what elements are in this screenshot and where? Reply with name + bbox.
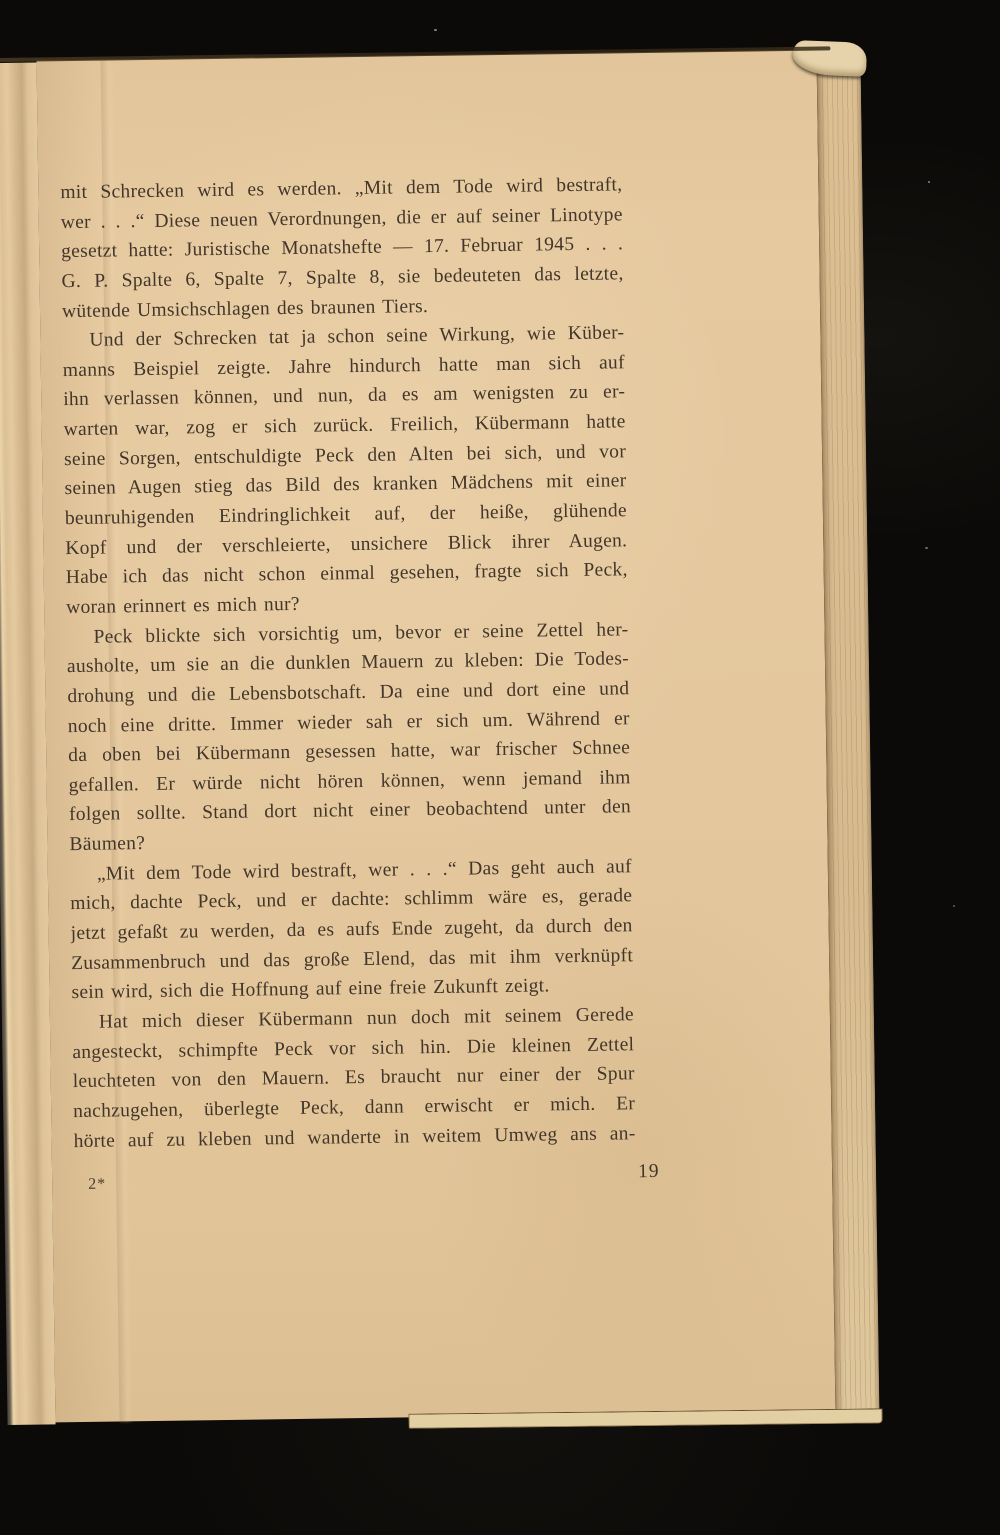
dust-speck: [953, 905, 955, 907]
dust-speck: [872, 1310, 874, 1312]
page-number: 19: [638, 1161, 660, 1183]
dust-speck: [925, 547, 928, 549]
book-page: mit Schrecken wird es werden. „Mit dem T…: [0, 49, 879, 1425]
dust-speck: [928, 181, 930, 183]
scanned-book-photo: { "document": { "kind": "scanned-book-pa…: [0, 0, 1000, 1535]
dust-speck: [434, 29, 437, 31]
text-lines: mit Schrecken wird es werden. „Mit dem T…: [60, 170, 636, 1156]
signature-mark: 2*: [88, 1176, 106, 1194]
